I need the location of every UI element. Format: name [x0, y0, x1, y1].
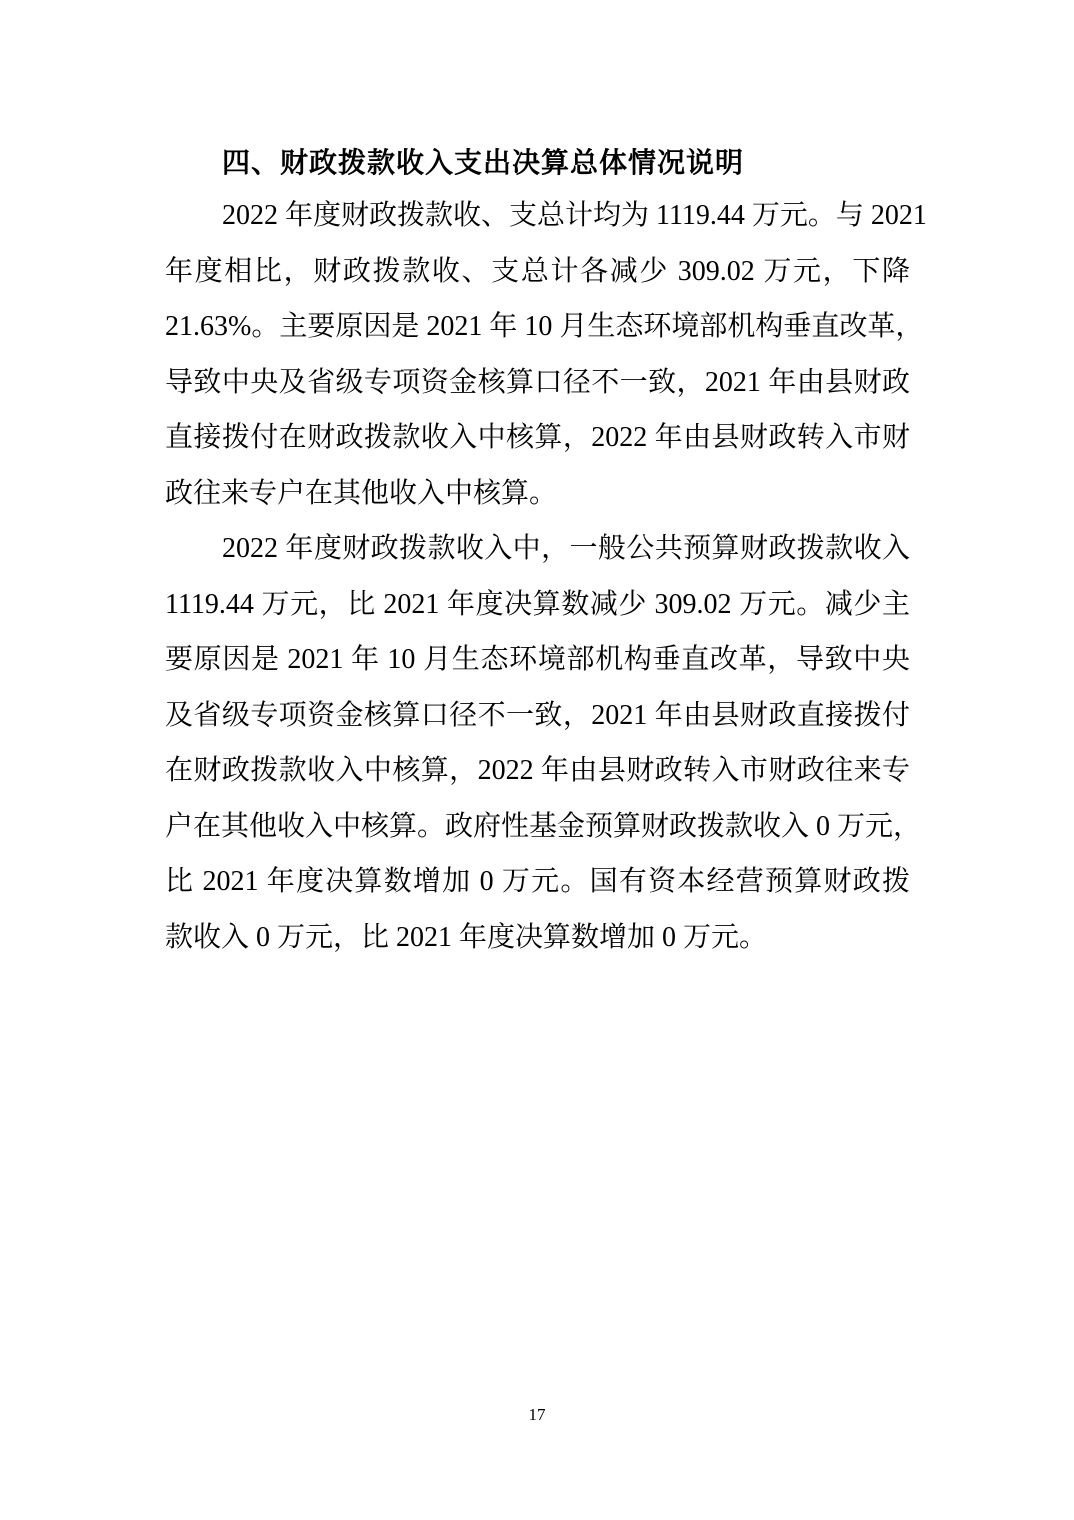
- paragraph-line: 款收入 0 万元，比 2021 年度决算数增加 0 万元。: [165, 910, 910, 966]
- paragraph: 2022 年度财政拨款收、支总计均为 1119.44 万元。与 2021年度相比…: [165, 188, 910, 521]
- paragraph-line: 在财政拨款收入中核算，2022 年由县财政转入市财政往来专: [165, 743, 910, 799]
- paragraph-line: 21.63%。主要原因是 2021 年 10 月生态环境部机构垂直改革，: [165, 299, 910, 355]
- paragraph-line: 及省级专项资金核算口径不一致，2021 年由县财政直接拨付: [165, 688, 910, 744]
- paragraph-line: 2022 年度财政拨款收入中，一般公共预算财政拨款收入: [165, 521, 910, 577]
- document-page: 四、财政拨款收入支出决算总体情况说明 2022 年度财政拨款收、支总计均为 11…: [0, 0, 1074, 1520]
- paragraph-line: 导致中央及省级专项资金核算口径不一致，2021 年由县财政: [165, 355, 910, 411]
- paragraph-line: 比 2021 年度决算数增加 0 万元。国有资本经营预算财政拨: [165, 854, 910, 910]
- document-body: 2022 年度财政拨款收、支总计均为 1119.44 万元。与 2021年度相比…: [165, 188, 910, 965]
- page-number: 17: [529, 1405, 546, 1424]
- paragraph: 2022 年度财政拨款收入中，一般公共预算财政拨款收入1119.44 万元，比 …: [165, 521, 910, 965]
- paragraph-line: 户在其他收入中核算。政府性基金预算财政拨款收入 0 万元，: [165, 799, 910, 855]
- paragraph-line: 年度相比，财政拨款收、支总计各减少 309.02 万元，下降: [165, 244, 910, 300]
- paragraph-line: 2022 年度财政拨款收、支总计均为 1119.44 万元。与 2021: [165, 188, 910, 244]
- page-footer: 17: [0, 1405, 1074, 1425]
- paragraph-line: 直接拨付在财政拨款收入中核算，2022 年由县财政转入市财: [165, 410, 910, 466]
- paragraph-line: 要原因是 2021 年 10 月生态环境部机构垂直改革，导致中央: [165, 632, 910, 688]
- section-heading: 四、财政拨款收入支出决算总体情况说明: [222, 141, 744, 181]
- paragraph-line: 政往来专户在其他收入中核算。: [165, 466, 910, 522]
- paragraph-line: 1119.44 万元，比 2021 年度决算数减少 309.02 万元。减少主: [165, 577, 910, 633]
